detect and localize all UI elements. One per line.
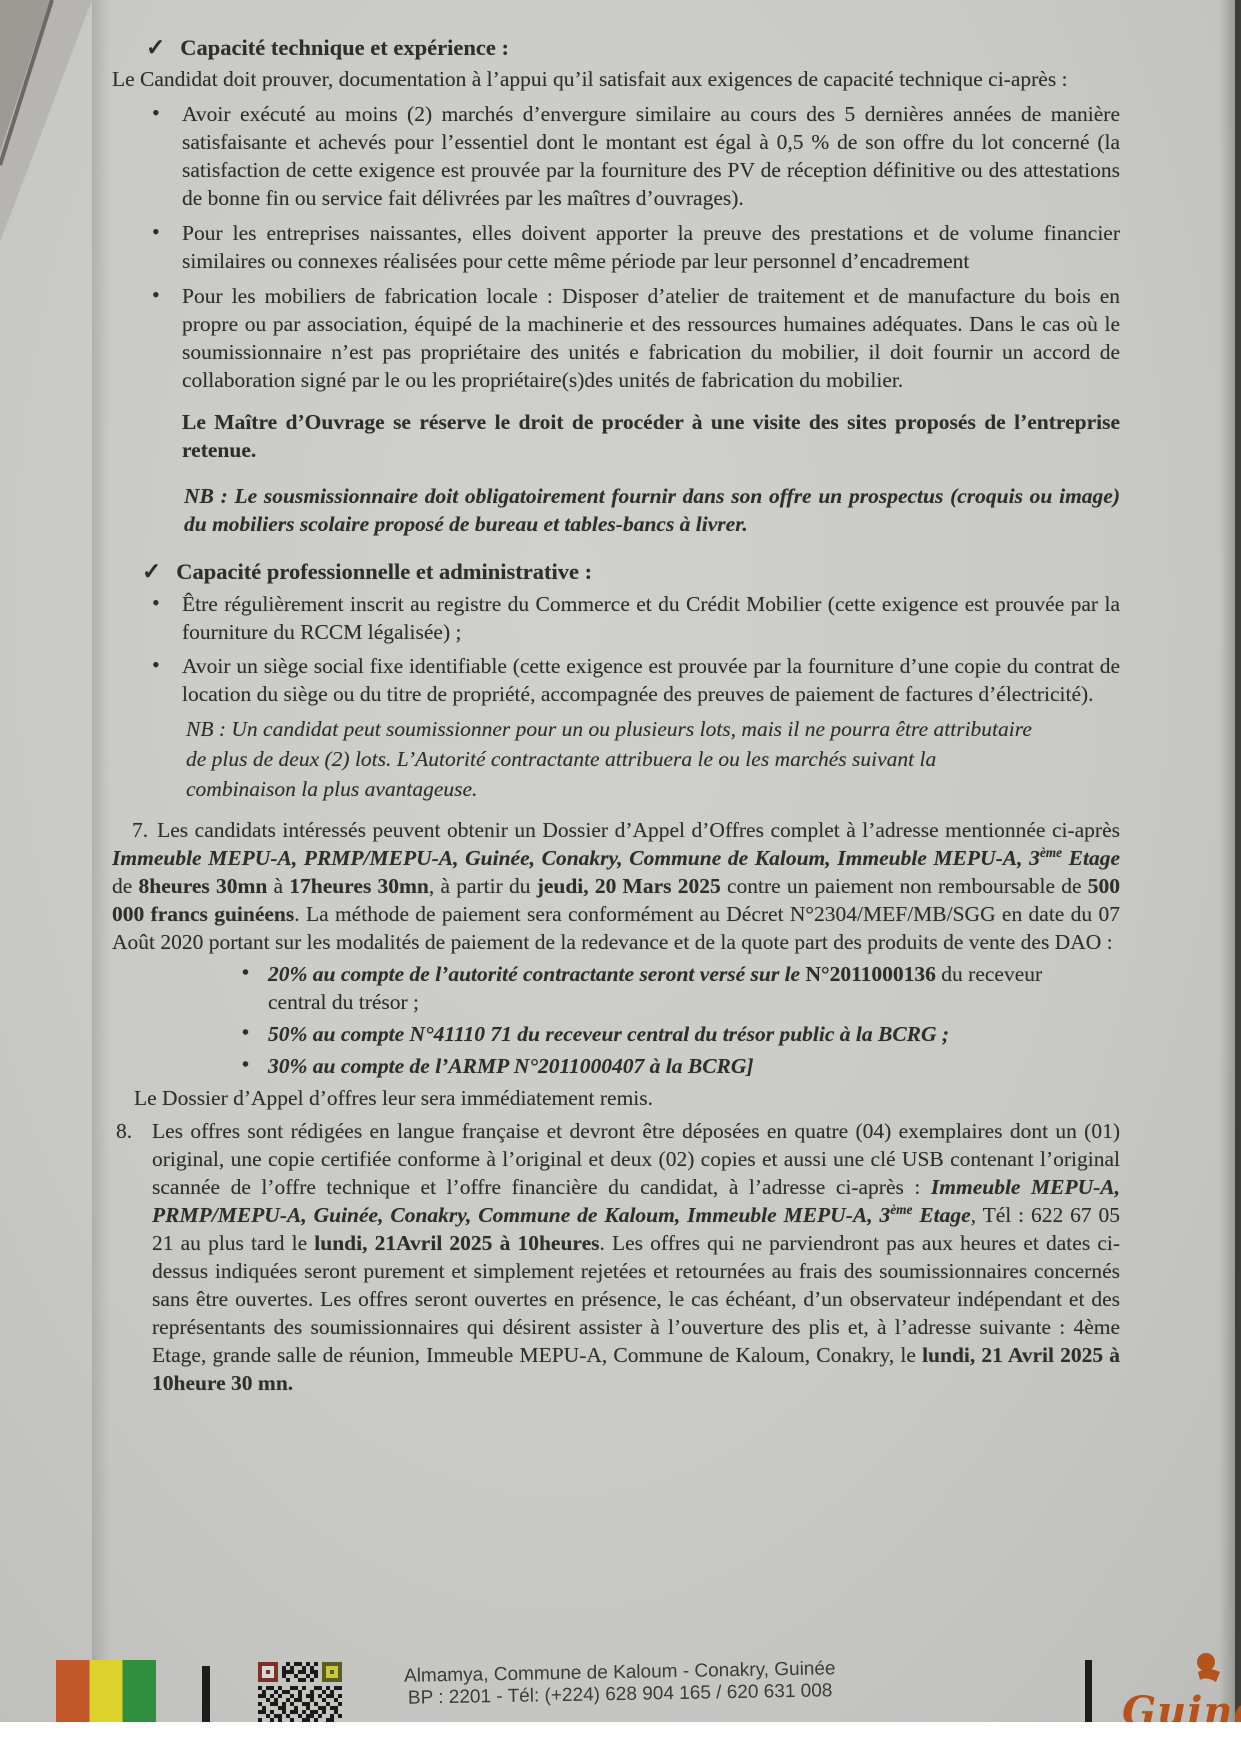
checkmark-icon: ✓ (146, 34, 165, 62)
footer-divider-right (1085, 1660, 1092, 1722)
dossier-remis-line: Le Dossier d’Appel d’offres leur sera im… (134, 1084, 1120, 1112)
page-corner-fold (0, 0, 95, 245)
left-fold-shadow (92, 0, 110, 1660)
item-7-number: 7. (132, 818, 148, 842)
checkmark-icon: ✓ (142, 558, 161, 586)
document-body: ✓ Capacité technique et expérience : Le … (112, 34, 1120, 1646)
bullet-rccm: Être régulièrement inscrit au registre d… (150, 590, 1120, 646)
right-page-shadow (1219, 0, 1235, 1722)
bullet-entreprises-naissantes: Pour les entreprises naissantes, elles d… (150, 219, 1120, 275)
bullet-marches-similaires: Avoir exécuté au moins (2) marchés d’env… (150, 100, 1120, 212)
bullet-fabrication-locale: Pour les mobiliers de fabrication locale… (150, 282, 1120, 394)
heading-administrative-label: Capacité professionnelle et administrati… (176, 558, 592, 586)
scanned-document-page: ✓ Capacité technique et expérience : Le … (0, 0, 1241, 1754)
paragraph-8: 8.Les offres sont rédigées en langue fra… (112, 1117, 1120, 1397)
item-8-number: 8. (116, 1117, 132, 1145)
maitre-ouvrage-note: Le Maître d’Ouvrage se réserve le droit … (182, 408, 1120, 464)
nb-lots-note: NB : Un candidat peut soumissionner pour… (186, 714, 1032, 804)
nb-prospectus-note: NB : Le sousmissionnaire doit obligatoir… (184, 482, 1120, 538)
payment-bullet-50: 50% au compte N°41110 71 du receveur cen… (240, 1020, 1096, 1048)
item-8-text: Les offres sont rédigées en langue franç… (152, 1119, 1120, 1395)
guinea-flag (56, 1660, 156, 1722)
intro-paragraph: Le Candidat doit prouver, documentation … (112, 65, 1120, 93)
bullet-siege-social: Avoir un siège social fixe identifiable … (150, 652, 1120, 708)
administrative-bullet-list: Être régulièrement inscrit au registre d… (150, 590, 1120, 708)
footer-divider-left (202, 1666, 210, 1722)
qr-code (258, 1662, 342, 1722)
section-heading-technique: ✓ Capacité technique et expérience : (146, 34, 1120, 62)
logo-figure-icon (1188, 1650, 1228, 1690)
page-right-edge (1235, 0, 1241, 1722)
item-7-text: Les candidats intéressés peuvent obtenir… (112, 818, 1120, 954)
heading-technique-label: Capacité technique et expérience : (180, 34, 509, 62)
payment-split-list: 20% au compte de l’autorité contractante… (240, 960, 1096, 1080)
footer-address-block: Almamya, Commune de Kaloum - Conakry, Gu… (380, 1658, 861, 1710)
paragraph-7: 7.Les candidats intéressés peuvent obten… (112, 816, 1120, 956)
payment-bullet-20: 20% au compte de l’autorité contractante… (240, 960, 1096, 1016)
section-heading-administrative: ✓ Capacité professionnelle et administra… (142, 558, 1120, 586)
technique-bullet-list: Avoir exécuté au moins (2) marchés d’env… (150, 100, 1120, 394)
payment-bullet-30: 30% au compte de l’ARMP N°2011000407 à l… (240, 1052, 1096, 1080)
scan-bottom-margin (0, 1722, 1241, 1754)
